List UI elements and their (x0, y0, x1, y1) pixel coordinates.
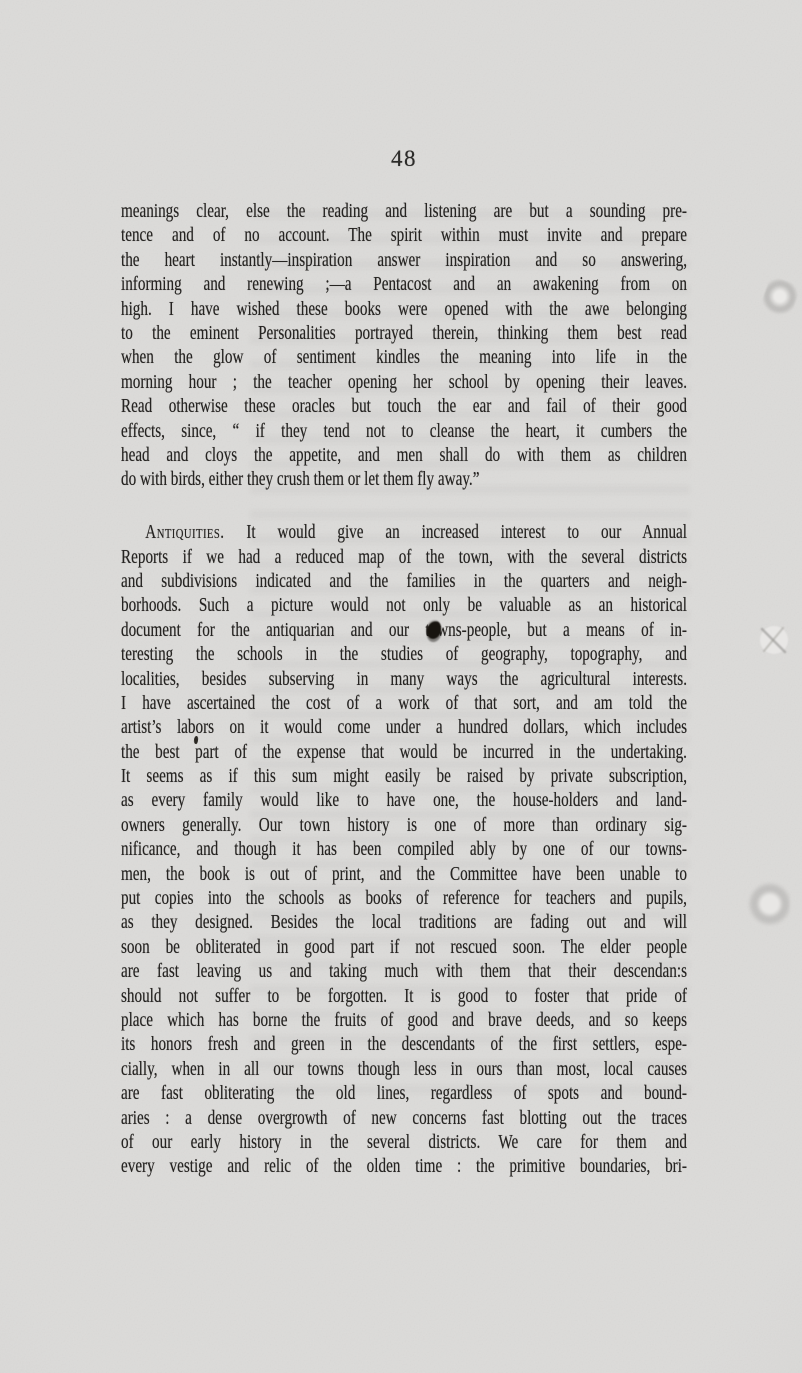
text-line: put copies into the schools as books of … (121, 886, 687, 910)
paragraph-1: meanings clear, else the reading and lis… (121, 199, 687, 492)
scanned-book-page: 48 meanings clear, else the reading and … (0, 0, 802, 1373)
text-line: are fast leaving us and taking much with… (121, 959, 687, 983)
text-line: men, the book is out of print, and the C… (121, 862, 687, 886)
text-line: are fast obliterating the old lines, reg… (121, 1081, 687, 1105)
text-line: artist’s labors on it would come under a… (121, 715, 687, 739)
text-line: as they designed. Besides the local trad… (121, 910, 687, 934)
margin-crease-bottom (748, 882, 790, 926)
text-line: owners generally. Our town history is on… (121, 813, 687, 837)
text-line: tence and of no account. The spirit with… (121, 223, 687, 247)
text-line: informing and renewing ;—a Pentacost and… (121, 272, 687, 296)
text-line: every vestige and relic of the olden tim… (121, 1154, 687, 1178)
text-line: head and cloys the appetite, and men sha… (121, 443, 687, 467)
text-line: and subdivisions indicated and the famil… (121, 569, 687, 593)
text-line: cially, when in all our towns though les… (121, 1057, 687, 1081)
text-line: the best part of the expense that would … (121, 740, 687, 764)
text-line: Read otherwise these oracles but touch t… (121, 394, 687, 418)
margin-crease-top (759, 276, 801, 321)
text-line: teresting the schools in the studies of … (121, 642, 687, 666)
text-line: to the eminent Personalities portrayed t… (121, 321, 687, 345)
text-line: effects, since, “ if they tend not to cl… (121, 419, 687, 443)
text-line: place which has borne the fruits of good… (121, 1008, 687, 1032)
text-line: the heart instantly—inspiration answer i… (121, 248, 687, 272)
text-line: borhoods. Such a picture would not only … (121, 593, 687, 617)
text-line: as every family would like to have one, … (121, 788, 687, 812)
text-line: localities, besides subserving in many w… (121, 667, 687, 691)
page-number: 48 (121, 146, 687, 172)
body-text: meanings clear, else the reading and lis… (121, 199, 687, 1179)
text-line: meanings clear, else the reading and lis… (121, 199, 687, 223)
paragraph-2: Antiquities. It would give an increased … (121, 520, 687, 1179)
text-line: when the glow of sentiment kindles the m… (121, 345, 687, 369)
text-line: morning hour ; the teacher opening her s… (121, 370, 687, 394)
text-line: should not suffer to be forgotten. It is… (121, 984, 687, 1008)
text-line: document for the antiquarian and our tow… (121, 618, 687, 642)
text-line: high. I have wished these books were ope… (121, 297, 687, 321)
text-line: of our early history in the several dist… (121, 1130, 687, 1154)
section-label: Antiquities. (145, 521, 224, 543)
text-line: It seems as if this sum might easily be … (121, 764, 687, 788)
text-line: nificance, and though it has been compil… (121, 837, 687, 861)
text-line: soon be obliterated in good part if not … (121, 935, 687, 959)
text-line: aries : a dense overgrowth of new concer… (121, 1106, 687, 1130)
text-line: I have ascertained the cost of a work of… (121, 691, 687, 715)
text-line: do with birds, either they crush them or… (121, 467, 687, 491)
text-line: Antiquities. It would give an increased … (121, 520, 687, 544)
text-line: its honors fresh and green in the descen… (121, 1032, 687, 1056)
margin-crease-middle (752, 616, 796, 664)
text-line: Reports if we had a reduced map of the t… (121, 545, 687, 569)
